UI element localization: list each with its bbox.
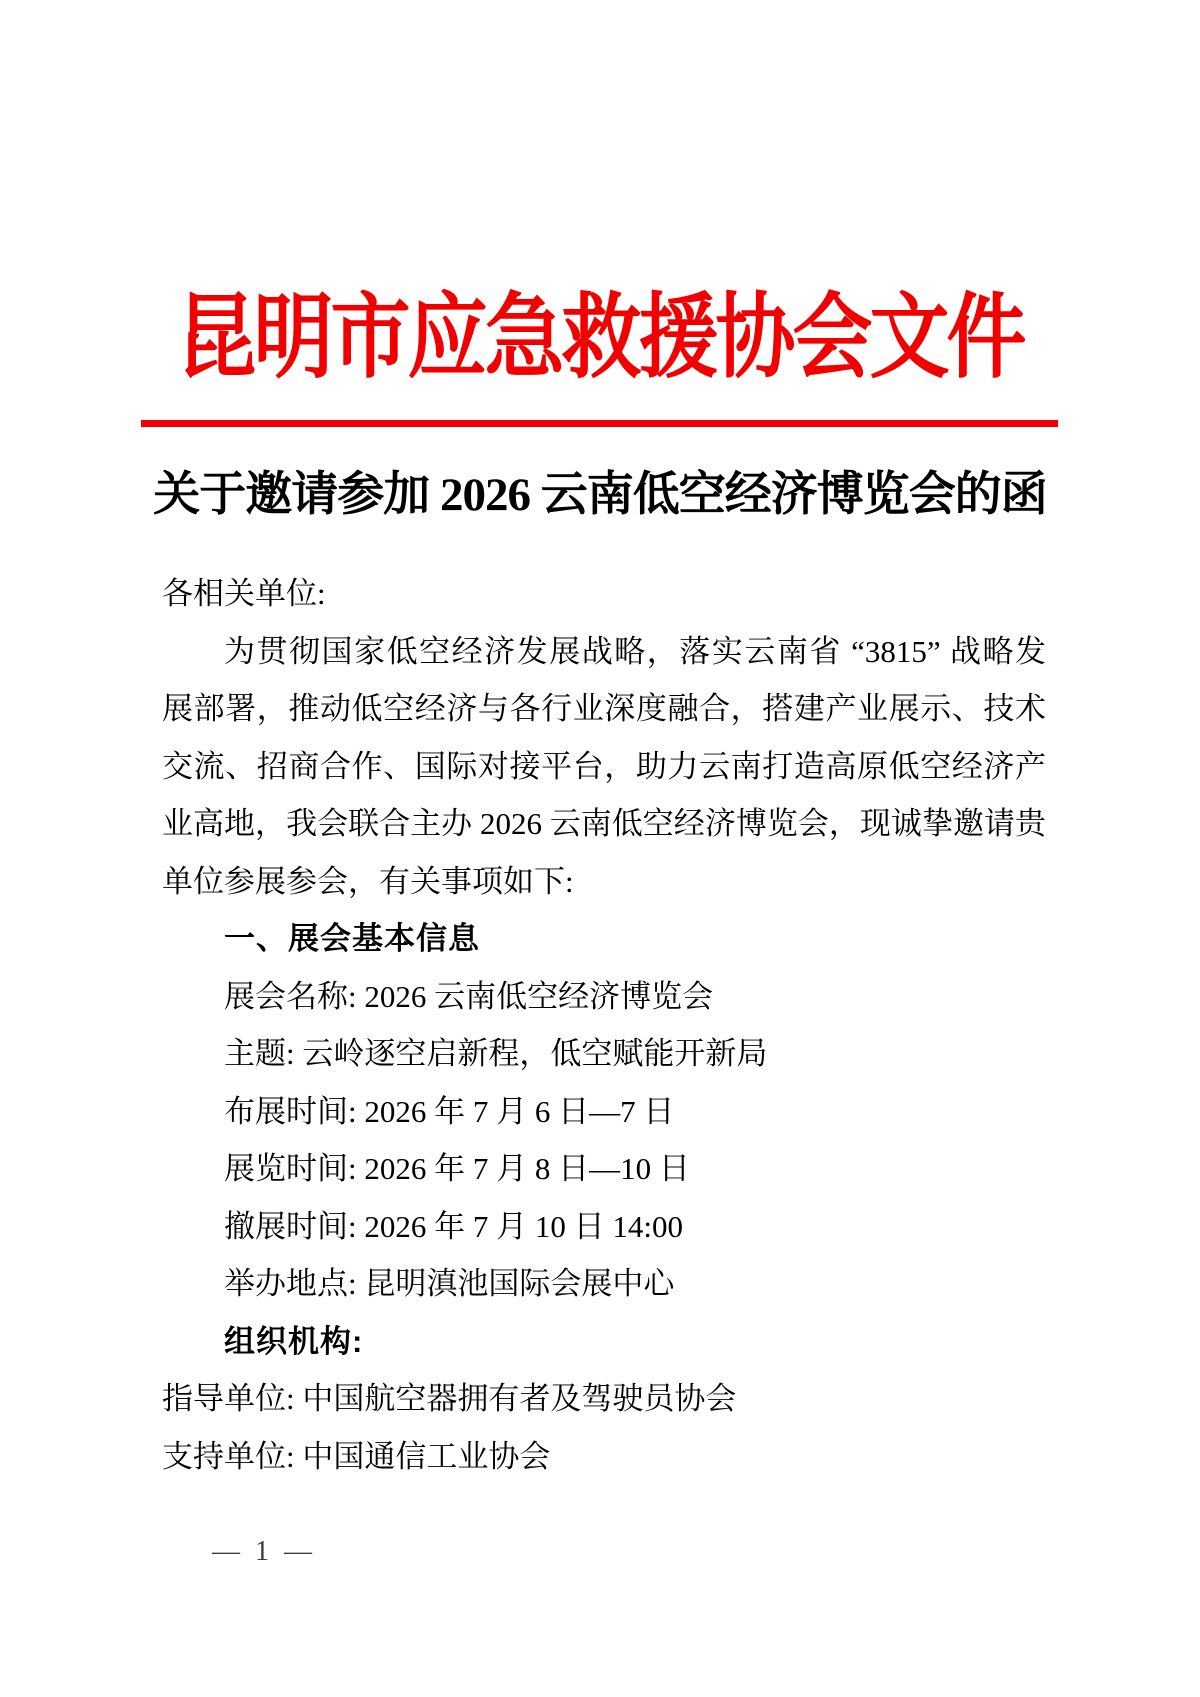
page-number: — 1 — (212, 1537, 316, 1567)
paragraph-line: 业高地，我会联合主办 2026 云南低空经济博览会，现诚挚邀请贵 (162, 795, 1046, 853)
org-structure-heading: 组织机构: (162, 1313, 1046, 1371)
paragraph-line: 单位参展参会，有关事项如下: (162, 853, 1046, 911)
paragraph-line: 展部署，推动低空经济与各行业深度融合，搭建产业展示、技术 (162, 680, 1046, 738)
red-header-org-title: 昆明市应急救援协会文件 (0, 275, 1200, 403)
paragraph-line: 为贯彻国家低空经济发展战略，落实云南省 “3815” 战略发 (162, 623, 1046, 681)
section-heading-basic-info: 一、展会基本信息 (162, 910, 1046, 968)
paragraph-line: 交流、招商合作、国际对接平台，助力云南打造高原低空经济产 (162, 738, 1046, 796)
red-divider-line (141, 420, 1058, 427)
info-item-exhibition-time: 展览时间: 2026 年 7 月 8 日—10 日 (162, 1140, 1046, 1198)
info-item-venue: 举办地点: 昆明滇池国际会展中心 (162, 1255, 1046, 1313)
info-item-expo-name: 展会名称: 2026 云南低空经济博览会 (162, 968, 1046, 1026)
document-body: 各相关单位: 为贯彻国家低空经济发展战略，落实云南省 “3815” 战略发 展部… (162, 565, 1046, 1485)
info-item-setup-time: 布展时间: 2026 年 7 月 6 日—7 日 (162, 1083, 1046, 1141)
org-item-supporting-unit: 支持单位: 中国通信工业协会 (162, 1428, 1046, 1486)
info-item-theme: 主题: 云岭逐空启新程，低空赋能开新局 (162, 1025, 1046, 1083)
org-item-guiding-unit: 指导单位: 中国航空器拥有者及驾驶员协会 (162, 1370, 1046, 1428)
salutation: 各相关单位: (162, 565, 1046, 623)
document-title: 关于邀请参加 2026 云南低空经济博览会的函 (0, 462, 1200, 528)
document-page: 昆明市应急救援协会文件 关于邀请参加 2026 云南低空经济博览会的函 各相关单… (0, 0, 1200, 1697)
info-item-teardown-time: 撤展时间: 2026 年 7 月 10 日 14:00 (162, 1198, 1046, 1256)
